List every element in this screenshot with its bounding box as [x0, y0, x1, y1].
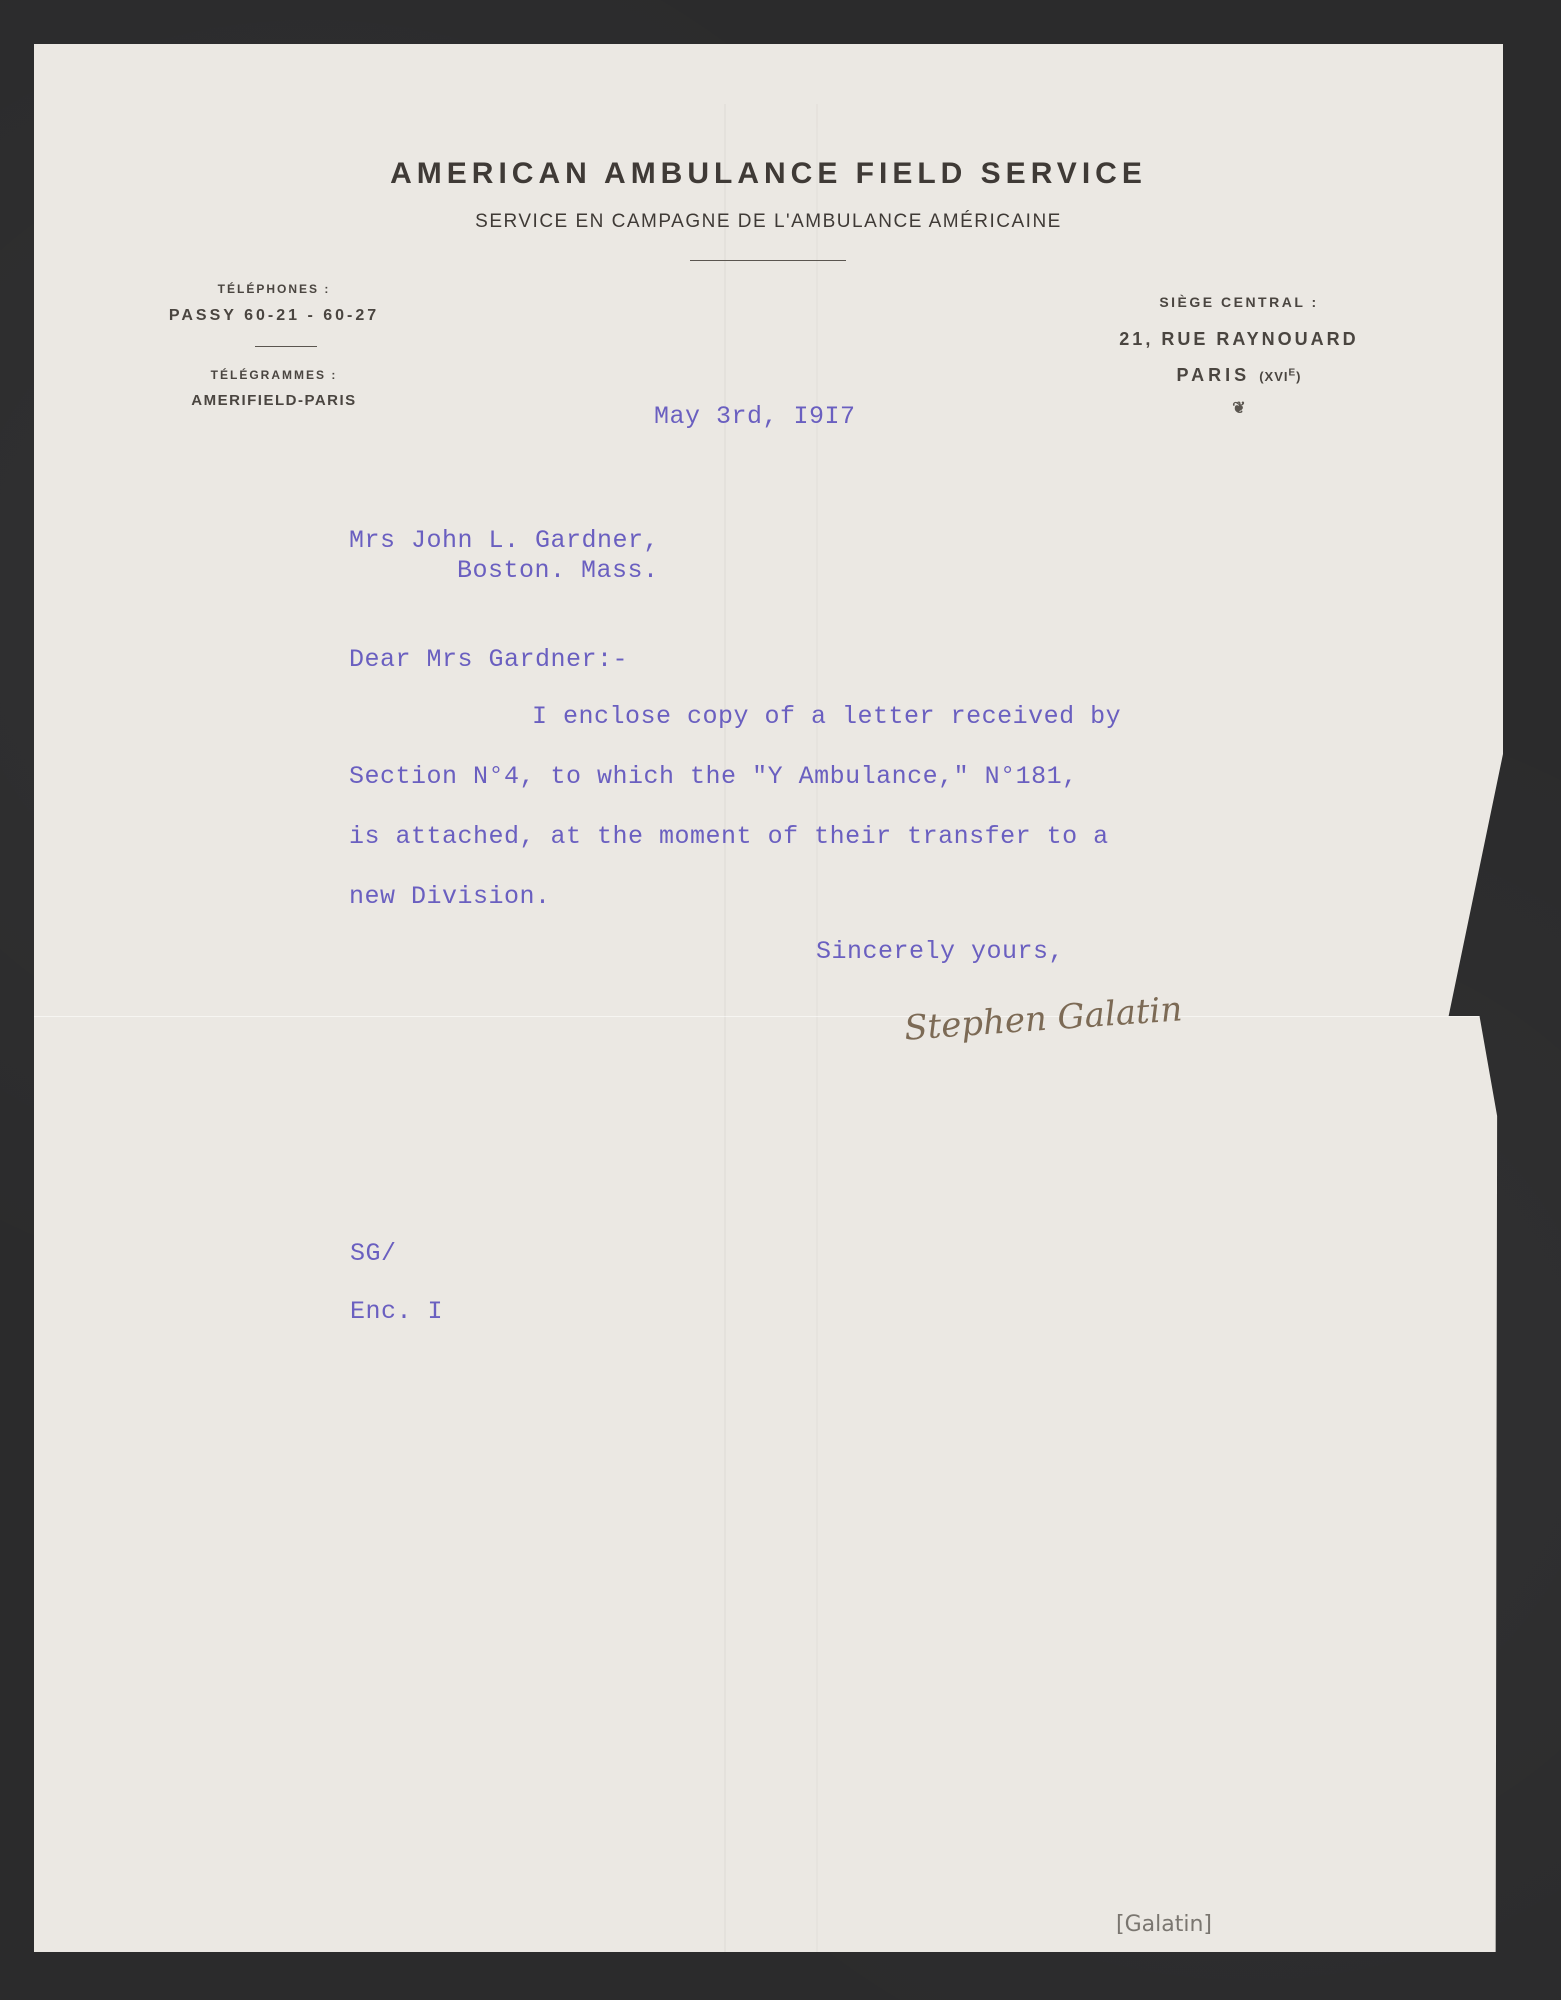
initials: SG/ [350, 1239, 397, 1268]
ornament-icon: ❦ [1084, 398, 1394, 418]
district-superscript: E [1288, 368, 1296, 379]
letter-date: May 3rd, I9I7 [654, 402, 856, 431]
body-line-2: Section N°4, to which the "Y Ambulance,"… [349, 762, 1078, 791]
headquarters-label: SIÈGE CENTRAL : [1084, 294, 1394, 310]
district-number: (XVI [1259, 369, 1288, 384]
signature: Stephen Galatin [903, 989, 1184, 1048]
headquarters-street: 21, RUE RAYNOUARD [1084, 329, 1394, 350]
letterhead-subtitle: SERVICE EN CAMPAGNE DE L'AMBULANCE AMÉRI… [34, 211, 1503, 233]
telephones-label: TÉLÉPHONES : [154, 282, 394, 296]
district-close: ) [1296, 369, 1301, 384]
recipient-name: Mrs John L. Gardner, [349, 526, 659, 555]
letter-page: AMERICAN AMBULANCE FIELD SERVICE SERVICE… [34, 44, 1503, 1952]
fold-crease [34, 1016, 1503, 1017]
district: (XVIE) [1259, 369, 1301, 384]
show-through-marks [724, 104, 818, 1954]
body-line-1: I enclose copy of a letter received by [532, 702, 1121, 731]
salutation: Dear Mrs Gardner:- [349, 645, 628, 674]
headquarters-city: PARIS (XVIE) [1084, 365, 1394, 386]
city-name: PARIS [1176, 365, 1250, 385]
telegrams-label: TÉLÉGRAMMES : [154, 368, 394, 382]
contact-divider [255, 346, 317, 347]
telephones-value: PASSY 60-21 - 60-27 [154, 307, 394, 325]
enclosure: Enc. I [350, 1297, 443, 1326]
closing: Sincerely yours, [816, 937, 1064, 966]
pencil-annotation: [Galatin] [1116, 1912, 1212, 1937]
body-line-3: is attached, at the moment of their tran… [349, 822, 1109, 851]
letterhead-title: AMERICAN AMBULANCE FIELD SERVICE [34, 157, 1503, 191]
telegrams-value: AMERIFIELD-PARIS [154, 392, 394, 409]
letterhead-divider [690, 260, 846, 261]
body-line-4: new Division. [349, 882, 551, 911]
recipient-address: Boston. Mass. [457, 556, 659, 585]
